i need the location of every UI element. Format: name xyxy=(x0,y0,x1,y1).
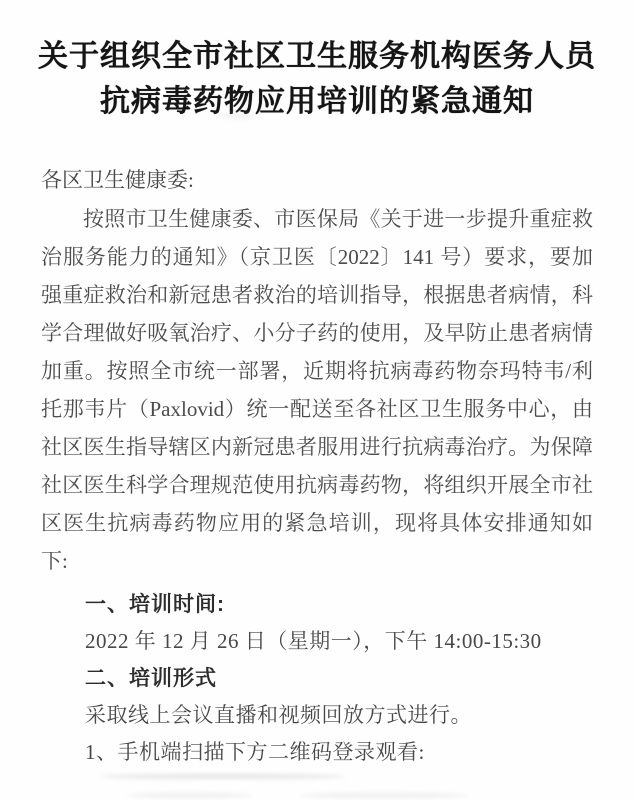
notice-sections: 一、培训时间: 2022 年 12 月 26 日（星期一），下午 14:00-1… xyxy=(41,586,593,771)
scan-artifact xyxy=(220,113,256,119)
notice-body: 各区卫生健康委: 按照市卫生健康委、市医保局《关于进一步提升重症救 治服务能力的… xyxy=(0,161,634,771)
scan-artifact xyxy=(300,793,468,798)
paragraph-line: 社区医生指导辖区内新冠患者服用进行抗病毒治疗。为保障 xyxy=(41,428,593,466)
scan-artifact xyxy=(127,793,252,798)
paragraph-line: 学合理做好吸氧治疗、小分子药的使用，及早防止患者病情 xyxy=(41,314,593,352)
qr-instruction: 1、手机端扫描下方二维码登录观看: xyxy=(41,734,593,771)
paragraph-line: 托那韦片（Paxlovid）统一配送至各社区卫生服务中心，由 xyxy=(41,390,593,428)
notice-title: 关于组织全市社区卫生服务机构医务人员 抗病毒药物应用培训的紧急通知 xyxy=(0,34,634,124)
notice-title-line1: 关于组织全市社区卫生服务机构医务人员 xyxy=(0,34,634,79)
notice-title-line2: 抗病毒药物应用培训的紧急通知 xyxy=(0,79,634,124)
section2-heading: 二、培训形式 xyxy=(41,660,593,697)
paragraph-line: 下: xyxy=(41,542,593,580)
scan-artifact-qr-cutoff xyxy=(100,774,345,779)
training-time: 2022 年 12 月 26 日（星期一），下午 14:00-15:30 xyxy=(41,623,593,660)
paragraph-line: 按照市卫生健康委、市医保局《关于进一步提升重症救 xyxy=(41,200,593,238)
paragraph-line: 区医生抗病毒药物应用的紧急培训，现将具体安排通知如 xyxy=(41,504,593,542)
paragraph-line: 社区医生科学合理规范使用抗病毒药物，将组织开展全市社 xyxy=(41,466,593,504)
paragraph-line: 治服务能力的通知》（京卫医〔2022〕141 号）要求，要加 xyxy=(41,238,593,276)
salutation: 各区卫生健康委: xyxy=(41,161,593,200)
section1-heading: 一、培训时间: xyxy=(41,586,593,623)
paragraph-line: 强重症救治和新冠患者救治的培训指导，根据患者病情，科 xyxy=(41,276,593,314)
training-format: 采取线上会议直播和视频回放方式进行。 xyxy=(41,697,593,734)
paragraph-line: 加重。按照全市统一部署，近期将抗病毒药物奈玛特韦/利 xyxy=(41,352,593,390)
notice-paragraph: 按照市卫生健康委、市医保局《关于进一步提升重症救 治服务能力的通知》（京卫医〔2… xyxy=(41,200,593,580)
scanned-notice-page: 关于组织全市社区卫生服务机构医务人员 抗病毒药物应用培训的紧急通知 各区卫生健康… xyxy=(0,0,634,800)
